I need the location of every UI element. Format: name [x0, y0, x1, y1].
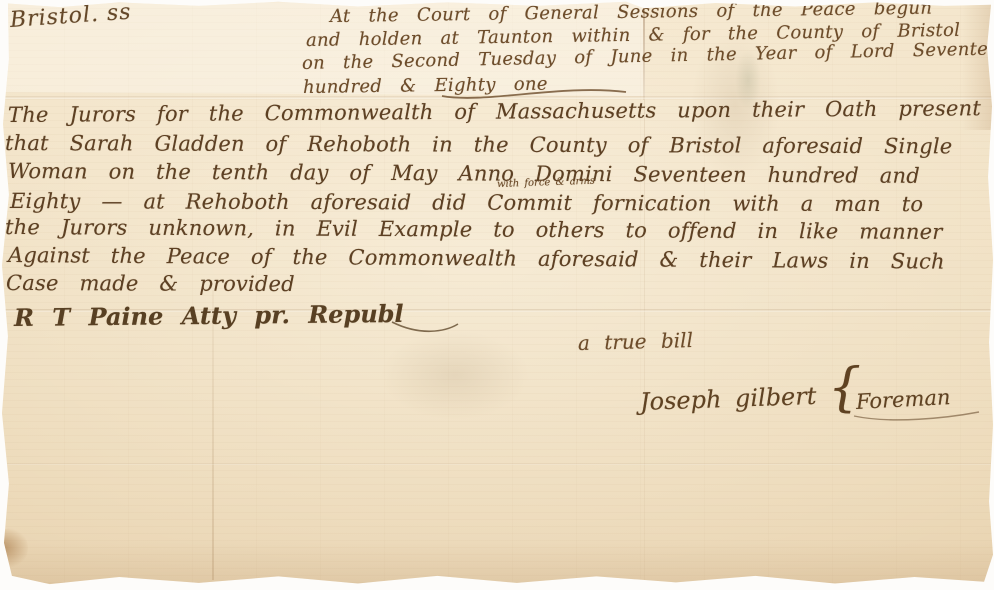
stain [0, 528, 28, 568]
body-line: Woman on the tenth day of May Anno Domin… [8, 159, 920, 188]
stain [0, 540, 994, 585]
body-line: that Sarah Gladden of Rehoboth in the Co… [5, 131, 952, 158]
attorney-signature: R T Paine Atty pr. Republ [14, 299, 404, 332]
aged-paper-sheet: Bristol. ss At the Court of General Sess… [0, 0, 994, 590]
header-line: hundred & Eighty one [303, 74, 548, 98]
body-line: Eighty — at Rehoboth aforesaid did Commi… [10, 189, 923, 216]
body-line: the Jurors unknown, in Evil Example to o… [5, 215, 943, 244]
foreman-role: Foreman [855, 385, 951, 414]
document-photo: Bristol. ss At the Court of General Sess… [0, 0, 994, 590]
body-line: Case made & provided [6, 271, 295, 296]
true-bill-endorsement: a true bill [578, 328, 694, 355]
foreman-signature: Joseph gilbert [640, 382, 817, 416]
body-line: Against the Peace of the Commonwealth af… [8, 243, 945, 274]
vertical-fold-crease-left [212, 290, 214, 580]
body-line: The Jurors for the Commonwealth of Massa… [8, 96, 981, 127]
stain [380, 330, 530, 420]
horizontal-fold-crease-bottom [0, 463, 994, 465]
interlineation: with force & arms [497, 176, 595, 190]
